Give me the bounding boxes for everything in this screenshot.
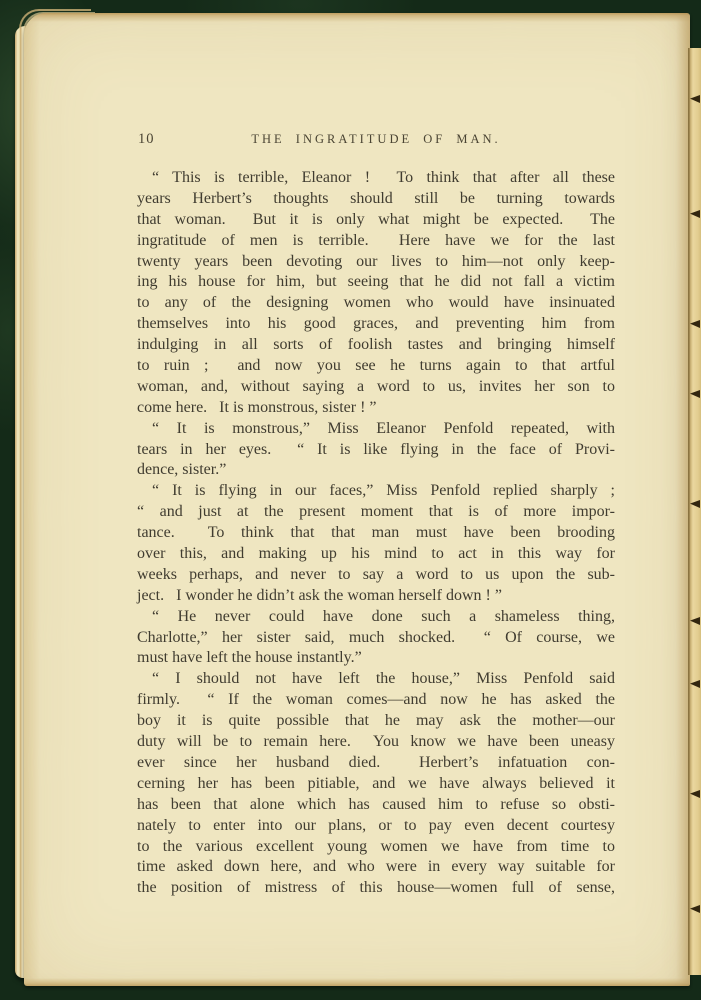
text-line: years Herbert’s thoughts should still be… bbox=[137, 189, 615, 210]
text-line: duty will be to remain here. You know we… bbox=[137, 732, 615, 753]
text-line: has been that alone which has caused him… bbox=[137, 795, 615, 816]
fore-edge-notch bbox=[690, 617, 700, 625]
text-line: woman, and, without saying a word to us,… bbox=[137, 377, 615, 398]
text-line: to any of the designing women who would … bbox=[137, 293, 615, 314]
text-line: nately to enter into our plans, or to pa… bbox=[137, 816, 615, 837]
book-page: 10 THE INGRATITUDE OF MAN. “ This is ter… bbox=[24, 13, 690, 986]
text-line: ing his house for him, but seeing that h… bbox=[137, 272, 615, 293]
text-line: ject. I wonder he didn’t ask the woman h… bbox=[137, 586, 615, 607]
text-line: “ and just at the present moment that is… bbox=[137, 502, 615, 523]
text-line: “ I should not have left the house,” Mis… bbox=[137, 669, 615, 690]
text-line: weeks perhaps, and never to say a word t… bbox=[137, 565, 615, 586]
page-number: 10 bbox=[138, 131, 155, 148]
text-line: dence, sister.” bbox=[137, 460, 615, 481]
text-line: tears in her eyes. “ It is like flying i… bbox=[137, 440, 615, 461]
text-line: that woman. But it is only what might be… bbox=[137, 210, 615, 231]
text-line: time asked down here, and who were in ev… bbox=[137, 857, 615, 878]
text-line: Charlotte,” her sister said, much shocke… bbox=[137, 628, 615, 649]
fore-edge-notch bbox=[690, 390, 700, 398]
text-line: “ It is monstrous,” Miss Eleanor Penfold… bbox=[137, 419, 615, 440]
fore-edge-notch bbox=[690, 905, 700, 913]
text-line: tance. To think that that man must have … bbox=[137, 523, 615, 544]
fore-edge-pages bbox=[688, 48, 701, 975]
text-line: firmly. “ If the woman comes—and now he … bbox=[137, 690, 615, 711]
fore-edge-notch bbox=[690, 95, 700, 103]
text-line: “ It is flying in our faces,” Miss Penfo… bbox=[137, 481, 615, 502]
text-line: indulging in all sorts of foolish tastes… bbox=[137, 335, 615, 356]
text-line: over this, and making up his mind to act… bbox=[137, 544, 615, 565]
text-line: boy it is quite possible that he may ask… bbox=[137, 711, 615, 732]
fore-edge-notch bbox=[690, 500, 700, 508]
text-line: cerning her has been pitiable, and we ha… bbox=[137, 774, 615, 795]
text-line: to the various excellent young women we … bbox=[137, 837, 615, 858]
text-line: “ This is terrible, Eleanor ! To think t… bbox=[137, 168, 615, 189]
fore-edge-notch bbox=[690, 210, 700, 218]
book-cover-background: 10 THE INGRATITUDE OF MAN. “ This is ter… bbox=[0, 0, 701, 1000]
page-body-text: “ This is terrible, Eleanor ! To think t… bbox=[137, 168, 615, 899]
text-line: twenty years been devoting our lives to … bbox=[137, 252, 615, 273]
text-line: themselves into his good graces, and pre… bbox=[137, 314, 615, 335]
text-line: to ruin ; and now you see he turns again… bbox=[137, 356, 615, 377]
running-title: THE INGRATITUDE OF MAN. bbox=[137, 129, 615, 147]
fore-edge-notch bbox=[690, 790, 700, 798]
text-line: ever since her husband died. Herbert’s i… bbox=[137, 753, 615, 774]
text-line: must have left the house instantly.” bbox=[137, 648, 615, 669]
text-line: ingratitude of men is terrible. Here hav… bbox=[137, 231, 615, 252]
fore-edge-notch bbox=[690, 320, 700, 328]
text-line: “ He never could have done such a shamel… bbox=[137, 607, 615, 628]
page-header: 10 THE INGRATITUDE OF MAN. bbox=[137, 129, 615, 147]
text-line: the position of mistress of this house—w… bbox=[137, 878, 615, 899]
text-line: come here. It is monstrous, sister ! ” bbox=[137, 398, 615, 419]
fore-edge-notch bbox=[690, 680, 700, 688]
